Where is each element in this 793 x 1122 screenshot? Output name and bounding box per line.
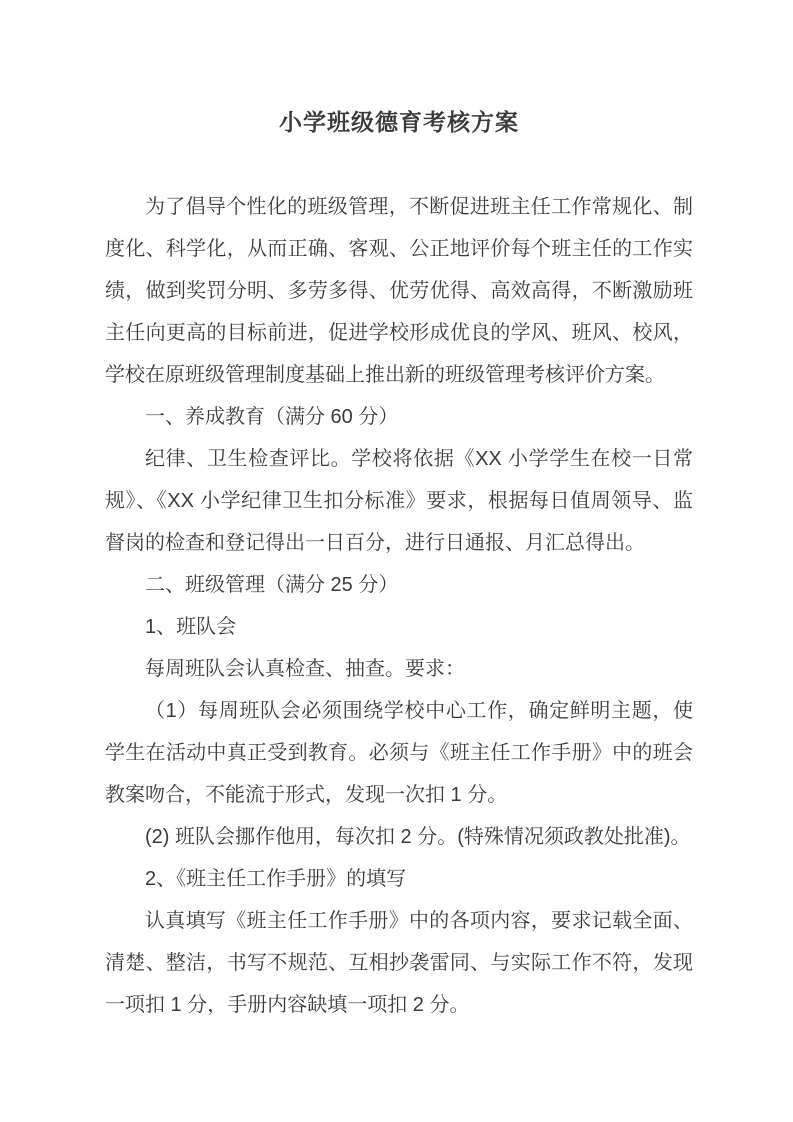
- heading-section-1: 一、养成教育（满分 60 分）: [105, 396, 693, 438]
- paragraph-item-1-rule-2: (2) 班队会挪作他用，每次扣 2 分。(特殊情况须政教处批准)。: [105, 816, 693, 858]
- heading-item-1: 1、班队会: [105, 606, 693, 648]
- document-body: 为了倡导个性化的班级管理，不断促进班主任工作常规化、制度化、科学化，从而正确、客…: [105, 186, 693, 1026]
- heading-item-2: 2、《班主任工作手册》的填写: [105, 858, 693, 900]
- paragraph-intro: 为了倡导个性化的班级管理，不断促进班主任工作常规化、制度化、科学化，从而正确、客…: [105, 186, 693, 396]
- paragraph-item-2: 认真填写《班主任工作手册》中的各项内容，要求记载全面、清楚、整洁，书写不规范、互…: [105, 900, 693, 1026]
- document-title: 小学班级德育考核方案: [105, 104, 693, 140]
- paragraph-item-1-intro: 每周班队会认真检查、抽查。要求：: [105, 648, 693, 690]
- heading-section-2: 二、班级管理（满分 25 分）: [105, 564, 693, 606]
- paragraph-item-1-rule-1: （1）每周班队会必须围绕学校中心工作，确定鲜明主题，使学生在活动中真正受到教育。…: [105, 690, 693, 816]
- document-page: 小学班级德育考核方案 为了倡导个性化的班级管理，不断促进班主任工作常规化、制度化…: [0, 0, 793, 1122]
- paragraph-section-1: 纪律、卫生检查评比。学校将依据《XX 小学学生在校一日常规》、《XX 小学纪律卫…: [105, 438, 693, 564]
